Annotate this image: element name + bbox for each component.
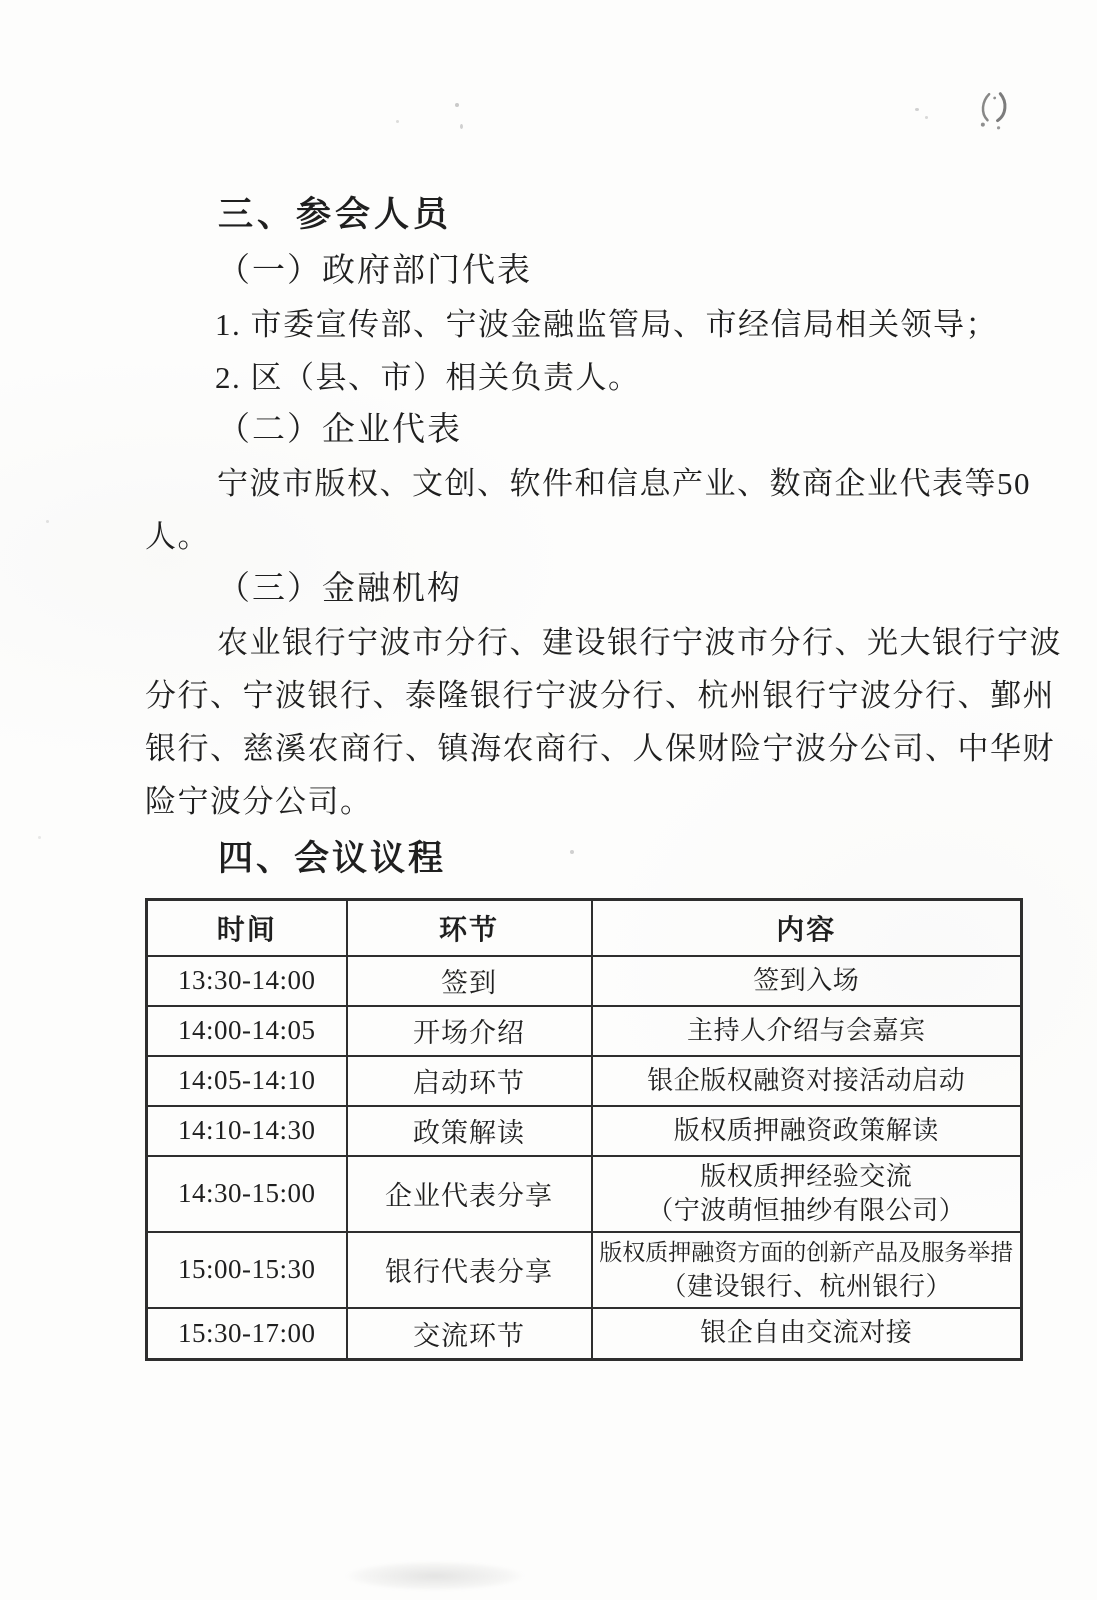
column-header-content: 内容 xyxy=(592,900,1022,956)
scan-speck xyxy=(925,116,928,119)
cell-content: 主持人介绍与会嘉宾 xyxy=(592,1006,1022,1056)
cell-stage: 银行代表分享 xyxy=(347,1232,592,1308)
cell-time: 15:00-15:30 xyxy=(147,1232,347,1308)
cell-content: 签到入场 xyxy=(592,956,1022,1006)
table-row: 14:05-14:10 启动环节 银企版权融资对接活动启动 xyxy=(147,1056,1022,1106)
content-line: 银企版权融资对接活动启动 xyxy=(593,1064,1021,1098)
gov-item-1: 1. 市委宣传部、宁波金融监管局、市经信局相关领导； xyxy=(145,298,1013,351)
cell-stage: 政策解读 xyxy=(347,1106,592,1156)
cell-stage: 交流环节 xyxy=(347,1308,592,1360)
gov-item-2: 2. 区（县、市）相关负责人。 xyxy=(145,351,1013,404)
scan-speck xyxy=(915,108,919,111)
cell-time: 14:05-14:10 xyxy=(147,1056,347,1106)
scan-speck xyxy=(460,124,463,129)
cell-content: 版权质押融资方面的创新产品及服务举措 （建设银行、杭州银行） xyxy=(592,1232,1022,1308)
column-header-stage: 环节 xyxy=(347,900,592,956)
cell-stage: 开场介绍 xyxy=(347,1006,592,1056)
enterprise-paragraph-line-1: 宁波市版权、文创、软件和信息产业、数商企业代表等50 xyxy=(145,457,1013,510)
cell-content: 版权质押融资政策解读 xyxy=(592,1106,1022,1156)
gov-representatives-heading: （一）政府部门代表 xyxy=(145,245,1013,298)
table-row: 14:00-14:05 开场介绍 主持人介绍与会嘉宾 xyxy=(147,1006,1022,1056)
table-row: 14:30-15:00 企业代表分享 版权质押经验交流 （宁波萌恒抽纱有限公司） xyxy=(147,1156,1022,1232)
enterprise-paragraph-line-2: 人。 xyxy=(145,510,1013,563)
meeting-agenda-table: 时间 环节 内容 13:30-14:00 签到 签到入场 14:00-14:05… xyxy=(145,898,1023,1361)
cell-content: 银企自由交流对接 xyxy=(592,1308,1022,1360)
agenda-header-row: 时间 环节 内容 xyxy=(147,900,1022,956)
cell-time: 14:10-14:30 xyxy=(147,1106,347,1156)
financial-institutions-heading: （三）金融机构 xyxy=(145,563,1013,616)
content-line: 版权质押经验交流 xyxy=(593,1160,1021,1194)
content-line: （宁波萌恒抽纱有限公司） xyxy=(593,1194,1021,1228)
content-line: 版权质押融资方面的创新产品及服务举措 xyxy=(593,1236,1021,1270)
section-4-heading: 四、会议议程 xyxy=(145,830,1013,888)
cell-time: 13:30-14:00 xyxy=(147,956,347,1006)
cell-content: 银企版权融资对接活动启动 xyxy=(592,1056,1022,1106)
cell-time: 14:30-15:00 xyxy=(147,1156,347,1232)
cell-stage: 签到 xyxy=(347,956,592,1006)
document-body: 三、参会人员 （一）政府部门代表 1. 市委宣传部、宁波金融监管局、市经信局相关… xyxy=(145,185,1013,1361)
content-line: 银企自由交流对接 xyxy=(593,1316,1021,1350)
content-line: （建设银行、杭州银行） xyxy=(593,1270,1021,1304)
scan-speck xyxy=(455,103,459,107)
content-line: 主持人介绍与会嘉宾 xyxy=(593,1014,1021,1048)
bottom-ink-smudge xyxy=(315,1552,555,1592)
table-row: 15:30-17:00 交流环节 银企自由交流对接 xyxy=(147,1308,1022,1360)
cell-content: 版权质押经验交流 （宁波萌恒抽纱有限公司） xyxy=(592,1156,1022,1232)
scan-speck xyxy=(46,520,49,523)
cell-time: 14:00-14:05 xyxy=(147,1006,347,1056)
section-3-heading: 三、参会人员 xyxy=(145,185,1013,245)
content-line: 版权质押融资政策解读 xyxy=(593,1114,1021,1148)
content-line: 签到入场 xyxy=(593,964,1021,998)
table-row: 14:10-14:30 政策解读 版权质押融资政策解读 xyxy=(147,1106,1022,1156)
finance-paragraph-line-4: 险宁波分公司。 xyxy=(145,775,1013,828)
scanned-document-page: { "colors": { "ink": "#1f1f1f", "paper":… xyxy=(0,0,1097,1600)
cell-stage: 启动环节 xyxy=(347,1056,592,1106)
scan-speck xyxy=(396,120,399,123)
table-row: 15:00-15:30 银行代表分享 版权质押融资方面的创新产品及服务举措 （建… xyxy=(147,1232,1022,1308)
finance-paragraph-line-2: 分行、宁波银行、泰隆银行宁波分行、杭州银行宁波分行、鄞州 xyxy=(145,669,1013,722)
cell-time: 15:30-17:00 xyxy=(147,1308,347,1360)
table-row: 13:30-14:00 签到 签到入场 xyxy=(147,956,1022,1006)
cell-stage: 企业代表分享 xyxy=(347,1156,592,1232)
scan-speck xyxy=(38,836,41,839)
enterprise-representatives-heading: （二）企业代表 xyxy=(145,404,1013,457)
ink-scribble-mark xyxy=(969,83,1019,137)
finance-paragraph-line-1: 农业银行宁波市分行、建设银行宁波市分行、光大银行宁波 xyxy=(145,616,1013,669)
finance-paragraph-line-3: 银行、慈溪农商行、镇海农商行、人保财险宁波分公司、中华财 xyxy=(145,722,1013,775)
column-header-time: 时间 xyxy=(147,900,347,956)
